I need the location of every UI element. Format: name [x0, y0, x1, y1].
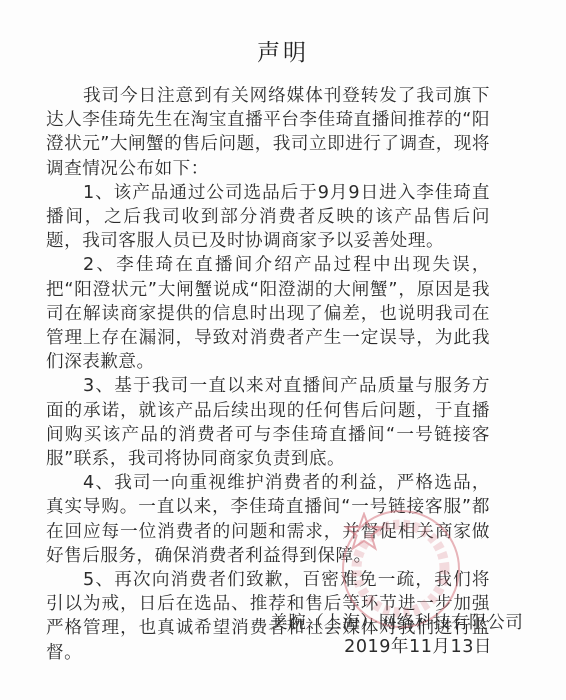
statement-document: 声明 我司今日注意到有关网络媒体刊登转发了我司旗下达人李佳琦先生在淘宝直播平台李… — [0, 0, 566, 700]
signature-block: 美腕（上海）网络科技有限公司 2019年11月13日 — [270, 611, 492, 659]
company-seal-star-icon — [344, 512, 384, 552]
document-title: 声明 — [0, 34, 566, 67]
intro-paragraph: 我司今日注意到有关网络媒体刊登转发了我司旗下达人李佳琦先生在淘宝直播平台李佳琦直… — [46, 84, 490, 181]
company-name: 美腕（上海）网络科技有限公司 — [270, 611, 492, 635]
point-2-paragraph: 2、李佳琦在直播间介绍产品过程中出现失误，把“阳澄状元”大闸蟹说成“阳澄湖的大闸… — [46, 253, 490, 374]
point-3-paragraph: 3、基于我司一直以来对直播间产品质量与服务方面的承诺，就该产品后续出现的任何售后… — [46, 374, 490, 471]
statement-date: 2019年11月13日 — [270, 635, 492, 659]
point-1-paragraph: 1、该产品通过公司选品后于9月9日进入李佳琦直播间，之后我司收到部分消费者反映的… — [46, 181, 490, 254]
